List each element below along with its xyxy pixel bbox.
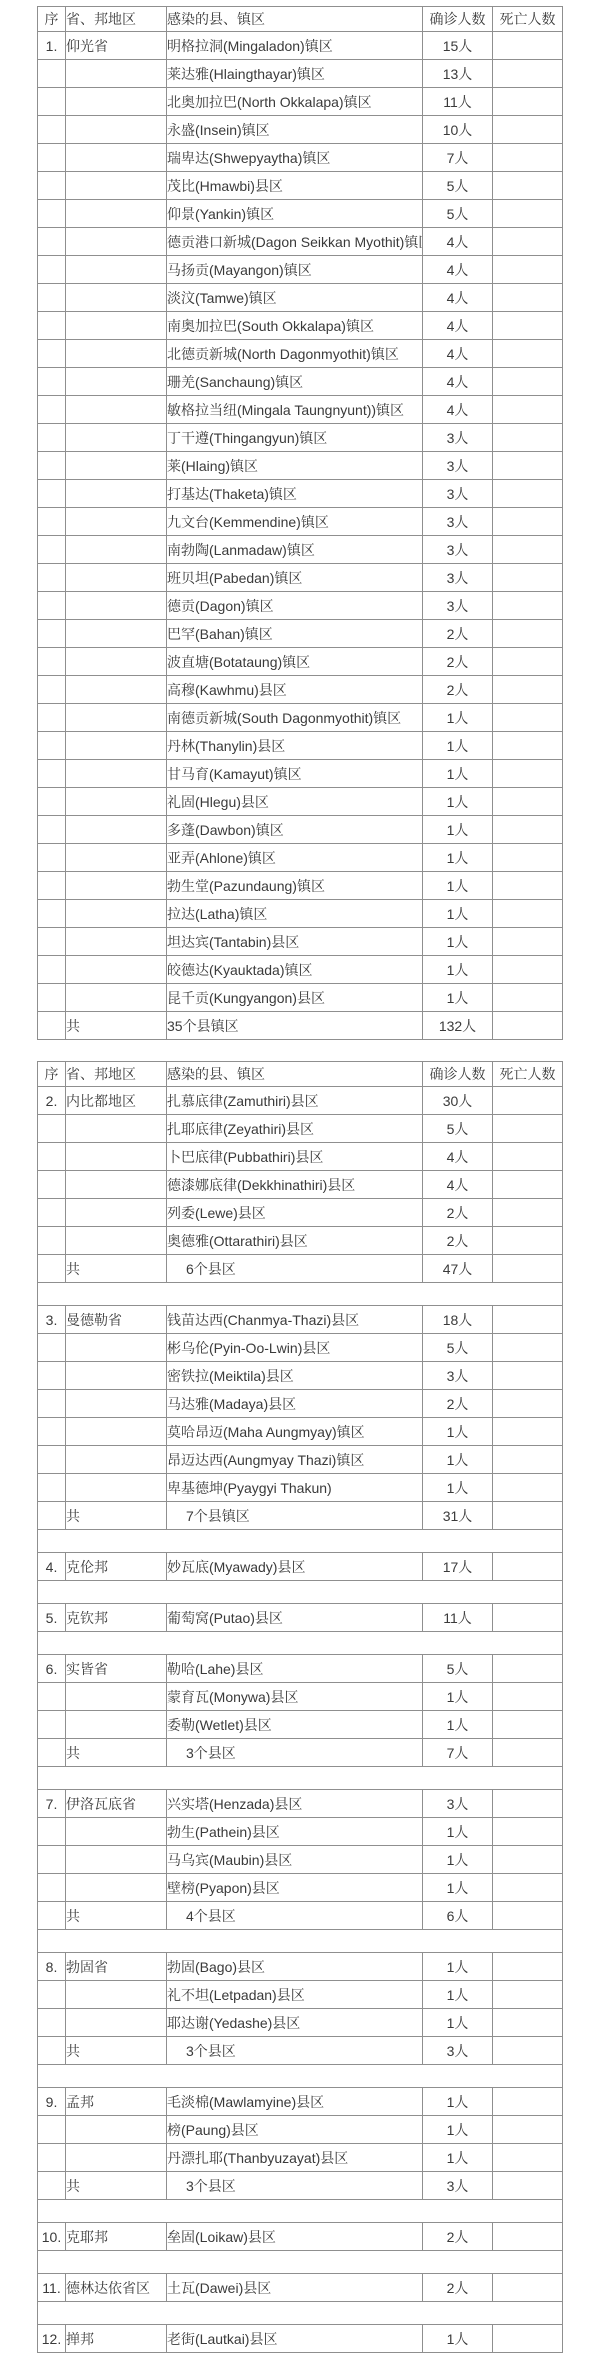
data-row: 昆千贡(Kungyangon)县区1人 — [38, 984, 563, 1012]
total-row: 共4个县区6人 — [38, 1902, 563, 1930]
deaths-cell — [493, 816, 563, 844]
confirmed-cell: 4人 — [423, 1171, 493, 1199]
township-cell: 榜(Paung)县区 — [167, 2116, 423, 2144]
seq-cell: 4. — [38, 1553, 66, 1581]
province-cell — [66, 1683, 167, 1711]
seq-cell: 9. — [38, 2088, 66, 2116]
confirmed-cell: 4人 — [423, 256, 493, 284]
seq-cell — [38, 1143, 66, 1171]
total-row: 共35个县镇区132人 — [38, 1012, 563, 1040]
data-row: 10.克耶邦垒固(Loikaw)县区2人 — [38, 2223, 563, 2251]
province-cell — [66, 424, 167, 452]
township-cell: 敏格拉当纽(Mingala Taungnyunt))镇区 — [167, 396, 423, 424]
township-cell: 高穆(Kawhmu)县区 — [167, 676, 423, 704]
confirmed-cell: 3人 — [423, 508, 493, 536]
province-cell — [66, 340, 167, 368]
province-cell: 克耶邦 — [66, 2223, 167, 2251]
deaths-cell — [493, 1087, 563, 1115]
seq-cell — [38, 928, 66, 956]
township-cell: 扎耶底律(Zeyathiri)县区 — [167, 1115, 423, 1143]
province-cell — [66, 144, 167, 172]
province-cell — [66, 368, 167, 396]
township-cell: 马扬贡(Mayangon)镇区 — [167, 256, 423, 284]
seq-cell — [38, 1012, 66, 1040]
province-cell: 内比都地区 — [66, 1087, 167, 1115]
seq-cell — [38, 312, 66, 340]
province-cell: 仰光省 — [66, 32, 167, 60]
confirmed-cell: 1人 — [423, 1874, 493, 1902]
seq-cell — [38, 340, 66, 368]
confirmed-cell: 2人 — [423, 1390, 493, 1418]
seq-cell — [38, 1199, 66, 1227]
seq-cell — [38, 984, 66, 1012]
total-row: 共7个县镇区31人 — [38, 1502, 563, 1530]
section-spacer-row — [38, 2065, 563, 2088]
township-cell: 莱达雅(Hlaingthayar)镇区 — [167, 60, 423, 88]
township-cell: 巴罕(Bahan)镇区 — [167, 620, 423, 648]
data-row: 班贝坦(Pabedan)镇区3人 — [38, 564, 563, 592]
data-row: 11.德林达依省区土瓦(Dawei)县区2人 — [38, 2274, 563, 2302]
province-cell — [66, 2009, 167, 2037]
deaths-cell — [493, 1981, 563, 2009]
section-spacer-row — [38, 1632, 563, 1655]
deaths-cell — [493, 1199, 563, 1227]
deaths-cell — [493, 648, 563, 676]
township-cell: 耶达谢(Yedashe)县区 — [167, 2009, 423, 2037]
data-row: 委勒(Wetlet)县区1人 — [38, 1711, 563, 1739]
province-cell — [66, 760, 167, 788]
data-row: 马扬贡(Mayangon)镇区4人 — [38, 256, 563, 284]
confirmed-cell: 1人 — [423, 1446, 493, 1474]
data-row: 打基达(Thaketa)镇区3人 — [38, 480, 563, 508]
deaths-cell — [493, 200, 563, 228]
col-header-deaths: 死亡人数 — [493, 7, 563, 32]
province-cell: 克钦邦 — [66, 1604, 167, 1632]
province-cell — [66, 872, 167, 900]
province-cell — [66, 200, 167, 228]
col-header-township: 感染的县、镇区 — [167, 1062, 423, 1087]
township-cell: 丁干遵(Thingangyun)镇区 — [167, 424, 423, 452]
province-cell — [66, 928, 167, 956]
seq-cell — [38, 900, 66, 928]
data-row: 高穆(Kawhmu)县区2人 — [38, 676, 563, 704]
data-row: 12.掸邦老街(Lautkai)县区1人 — [38, 2325, 563, 2353]
confirmed-cell: 3人 — [423, 564, 493, 592]
deaths-cell — [493, 284, 563, 312]
township-cell: 马达雅(Madaya)县区 — [167, 1390, 423, 1418]
seq-cell: 3. — [38, 1306, 66, 1334]
seq-cell — [38, 508, 66, 536]
data-row: 皎德达(Kyauktada)镇区1人 — [38, 956, 563, 984]
confirmed-cell: 4人 — [423, 368, 493, 396]
total-scope-cell: 6个县区 — [167, 1255, 423, 1283]
data-row: 彬乌伦(Pyin-Oo-Lwin)县区5人 — [38, 1334, 563, 1362]
report-page: 序省、邦地区感染的县、镇区确诊人数死亡人数1.仰光省明格拉洞(Mingalado… — [0, 0, 600, 2353]
deaths-cell — [493, 872, 563, 900]
province-cell — [66, 396, 167, 424]
township-cell: 礼不坦(Letpadan)县区 — [167, 1981, 423, 2009]
total-scope-cell: 4个县区 — [167, 1902, 423, 1930]
confirmed-cell: 1人 — [423, 872, 493, 900]
section-spacer-cell — [38, 1632, 563, 1655]
province-cell: 曼德勒省 — [66, 1306, 167, 1334]
seq-cell: 5. — [38, 1604, 66, 1632]
province-cell — [66, 984, 167, 1012]
province-cell: 勃固省 — [66, 1953, 167, 1981]
deaths-cell — [493, 1874, 563, 1902]
confirmed-cell: 1人 — [423, 900, 493, 928]
township-cell: 卜巴底律(Pubbathiri)县区 — [167, 1143, 423, 1171]
deaths-cell — [493, 1334, 563, 1362]
province-cell — [66, 1474, 167, 1502]
total-confirmed-cell: 3人 — [423, 2172, 493, 2200]
section-spacer-cell — [38, 2200, 563, 2223]
confirmed-cell: 4人 — [423, 1143, 493, 1171]
seq-cell — [38, 676, 66, 704]
province-cell — [66, 816, 167, 844]
section-spacer-cell — [38, 2251, 563, 2274]
data-row: 9.孟邦毛淡棉(Mawlamyine)县区1人 — [38, 2088, 563, 2116]
province-cell — [66, 312, 167, 340]
seq-cell — [38, 1739, 66, 1767]
confirmed-cell: 30人 — [423, 1087, 493, 1115]
seq-cell — [38, 1846, 66, 1874]
section-spacer-row — [38, 1930, 563, 1953]
deaths-cell — [493, 312, 563, 340]
col-header-seq: 序 — [38, 1062, 66, 1087]
deaths-cell — [493, 144, 563, 172]
deaths-cell — [493, 1711, 563, 1739]
confirmed-cell: 3人 — [423, 536, 493, 564]
township-cell: 毛淡棉(Mawlamyine)县区 — [167, 2088, 423, 2116]
data-row: 茂比(Hmawbi)县区5人 — [38, 172, 563, 200]
confirmed-cell: 5人 — [423, 1115, 493, 1143]
col-header-seq: 序 — [38, 7, 66, 32]
data-row: 南德贡新城(South Dagonmyothit)镇区1人 — [38, 704, 563, 732]
confirmed-cell: 1人 — [423, 1846, 493, 1874]
total-confirmed-cell: 3人 — [423, 2037, 493, 2065]
seq-cell: 8. — [38, 1953, 66, 1981]
province-cell — [66, 284, 167, 312]
township-cell: 亚弄(Ahlone)镇区 — [167, 844, 423, 872]
section-spacer-cell — [38, 1930, 563, 1953]
seq-cell — [38, 2172, 66, 2200]
total-scope-cell: 3个县区 — [167, 2172, 423, 2200]
confirmed-cell: 5人 — [423, 200, 493, 228]
seq-cell — [38, 1981, 66, 2009]
confirmed-cell: 1人 — [423, 732, 493, 760]
data-row: 德贡(Dagon)镇区3人 — [38, 592, 563, 620]
total-confirmed-cell: 6人 — [423, 1902, 493, 1930]
seq-cell — [38, 1390, 66, 1418]
seq-cell — [38, 1474, 66, 1502]
township-cell: 德漆娜底律(Dekkhinathiri)县区 — [167, 1171, 423, 1199]
seq-cell — [38, 480, 66, 508]
township-cell: 坦达宾(Tantabin)县区 — [167, 928, 423, 956]
province-cell — [66, 1143, 167, 1171]
township-cell: 德贡港口新城(Dagon Seikkan Myothit)镇区 — [167, 228, 423, 256]
total-confirmed-cell: 47人 — [423, 1255, 493, 1283]
deaths-cell — [493, 2274, 563, 2302]
deaths-cell — [493, 1227, 563, 1255]
data-row: 丹漂扎耶(Thanbyuzayat)县区1人 — [38, 2144, 563, 2172]
data-row: 8.勃固省勃固(Bago)县区1人 — [38, 1953, 563, 1981]
data-row: 奥德雅(Ottarathiri)县区2人 — [38, 1227, 563, 1255]
seq-cell — [38, 1683, 66, 1711]
township-cell: 壁榜(Pyapon)县区 — [167, 1874, 423, 1902]
seq-cell — [38, 1362, 66, 1390]
deaths-cell — [493, 60, 563, 88]
deaths-cell — [493, 508, 563, 536]
seq-cell — [38, 424, 66, 452]
township-cell: 明格拉洞(Mingaladon)镇区 — [167, 32, 423, 60]
province-cell — [66, 648, 167, 676]
seq-cell — [38, 844, 66, 872]
deaths-cell — [493, 676, 563, 704]
confirmed-cell: 2人 — [423, 676, 493, 704]
province-cell — [66, 1818, 167, 1846]
data-row: 蒙育瓦(Monywa)县区1人 — [38, 1683, 563, 1711]
province-cell — [66, 172, 167, 200]
deaths-cell — [493, 480, 563, 508]
province-cell — [66, 956, 167, 984]
township-cell: 彬乌伦(Pyin-Oo-Lwin)县区 — [167, 1334, 423, 1362]
section-spacer-row — [38, 2251, 563, 2274]
total-label-cell: 共 — [66, 1739, 167, 1767]
deaths-cell — [493, 1683, 563, 1711]
township-cell: 瑞卑达(Shwepyaytha)镇区 — [167, 144, 423, 172]
township-cell: 南奥加拉巴(South Okkalapa)镇区 — [167, 312, 423, 340]
confirmed-cell: 1人 — [423, 1981, 493, 2009]
data-row: 九文台(Kemmendine)镇区3人 — [38, 508, 563, 536]
total-label-cell: 共 — [66, 1502, 167, 1530]
township-cell: 北奥加拉巴(North Okkalapa)镇区 — [167, 88, 423, 116]
section-spacer-row — [38, 1530, 563, 1553]
confirmed-cell: 3人 — [423, 592, 493, 620]
deaths-cell — [493, 1553, 563, 1581]
seq-cell: 2. — [38, 1087, 66, 1115]
confirmed-cell: 11人 — [423, 88, 493, 116]
province-cell — [66, 564, 167, 592]
seq-cell — [38, 1334, 66, 1362]
confirmed-cell: 3人 — [423, 452, 493, 480]
data-row: 丁干遵(Thingangyun)镇区3人 — [38, 424, 563, 452]
province-cell — [66, 592, 167, 620]
total-scope-cell: 7个县镇区 — [167, 1502, 423, 1530]
confirmed-cell: 3人 — [423, 1790, 493, 1818]
province-cell: 德林达依省区 — [66, 2274, 167, 2302]
deaths-cell — [493, 340, 563, 368]
township-cell: 勃生堂(Pazundaung)镇区 — [167, 872, 423, 900]
province-cell — [66, 1874, 167, 1902]
province-cell — [66, 1711, 167, 1739]
confirmed-cell: 1人 — [423, 844, 493, 872]
province-cell — [66, 1418, 167, 1446]
confirmed-cell: 1人 — [423, 1953, 493, 1981]
seq-cell — [38, 648, 66, 676]
township-cell: 礼固(Hlegu)县区 — [167, 788, 423, 816]
township-cell: 永盛(Insein)镇区 — [167, 116, 423, 144]
deaths-cell — [493, 1655, 563, 1683]
section-spacer-cell — [38, 1581, 563, 1604]
township-cell: 奥德雅(Ottarathiri)县区 — [167, 1227, 423, 1255]
section-spacer-row — [38, 1581, 563, 1604]
province-cell: 孟邦 — [66, 2088, 167, 2116]
township-cell: 密铁拉(Meiktila)县区 — [167, 1362, 423, 1390]
province-cell — [66, 1846, 167, 1874]
deaths-cell — [493, 2009, 563, 2037]
seq-cell — [38, 1902, 66, 1930]
township-cell: 昂迈达西(Aungmyay Thazi)镇区 — [167, 1446, 423, 1474]
data-row: 3.曼德勒省钱苗达西(Chanmya-Thazi)县区18人 — [38, 1306, 563, 1334]
township-cell: 莱(Hlaing)镇区 — [167, 452, 423, 480]
col-header-township: 感染的县、镇区 — [167, 7, 423, 32]
township-cell: 垒固(Loikaw)县区 — [167, 2223, 423, 2251]
deaths-cell — [493, 1790, 563, 1818]
deaths-cell — [493, 2088, 563, 2116]
confirmed-cell: 1人 — [423, 2088, 493, 2116]
confirmed-cell: 1人 — [423, 760, 493, 788]
township-cell: 打基达(Thaketa)镇区 — [167, 480, 423, 508]
confirmed-cell: 1人 — [423, 2325, 493, 2353]
deaths-cell — [493, 1306, 563, 1334]
township-cell: 波直塘(Botataung)镇区 — [167, 648, 423, 676]
township-cell: 列委(Lewe)县区 — [167, 1199, 423, 1227]
seq-cell: 6. — [38, 1655, 66, 1683]
total-deaths-cell — [493, 1502, 563, 1530]
township-cell: 扎慕底律(Zamuthiri)县区 — [167, 1087, 423, 1115]
data-row: 6.实皆省勒哈(Lahe)县区5人 — [38, 1655, 563, 1683]
township-cell: 葡萄窝(Putao)县区 — [167, 1604, 423, 1632]
seq-cell — [38, 88, 66, 116]
deaths-cell — [493, 788, 563, 816]
total-label-cell: 共 — [66, 2172, 167, 2200]
col-header-province: 省、邦地区 — [66, 1062, 167, 1087]
deaths-cell — [493, 172, 563, 200]
township-cell: 勃生(Pathein)县区 — [167, 1818, 423, 1846]
confirmed-cell: 5人 — [423, 172, 493, 200]
deaths-cell — [493, 368, 563, 396]
province-cell — [66, 116, 167, 144]
data-row: 北德贡新城(North Dagonmyothit)镇区4人 — [38, 340, 563, 368]
data-row: 南奥加拉巴(South Okkalapa)镇区4人 — [38, 312, 563, 340]
deaths-cell — [493, 900, 563, 928]
seq-cell — [38, 592, 66, 620]
deaths-cell — [493, 2223, 563, 2251]
data-row: 德贡港口新城(Dagon Seikkan Myothit)镇区4人 — [38, 228, 563, 256]
data-row: 珊羌(Sanchaung)镇区4人 — [38, 368, 563, 396]
confirmed-cell: 1人 — [423, 2009, 493, 2037]
data-row: 淡汶(Tamwe)镇区4人 — [38, 284, 563, 312]
data-row: 勃生(Pathein)县区1人 — [38, 1818, 563, 1846]
cases-table-part1: 序省、邦地区感染的县、镇区确诊人数死亡人数1.仰光省明格拉洞(Mingalado… — [37, 6, 563, 1040]
seq-cell — [38, 284, 66, 312]
total-label-cell: 共 — [66, 2037, 167, 2065]
deaths-cell — [493, 928, 563, 956]
confirmed-cell: 2人 — [423, 1199, 493, 1227]
confirmed-cell: 2人 — [423, 648, 493, 676]
section-spacer-cell — [38, 2302, 563, 2325]
total-scope-cell: 3个县区 — [167, 1739, 423, 1767]
deaths-cell — [493, 1474, 563, 1502]
seq-cell — [38, 60, 66, 88]
seq-cell — [38, 872, 66, 900]
province-cell — [66, 732, 167, 760]
seq-cell — [38, 368, 66, 396]
data-row: 昂迈达西(Aungmyay Thazi)镇区1人 — [38, 1446, 563, 1474]
seq-cell — [38, 564, 66, 592]
township-cell: 拉达(Latha)镇区 — [167, 900, 423, 928]
deaths-cell — [493, 1390, 563, 1418]
township-cell: 甘马育(Kamayut)镇区 — [167, 760, 423, 788]
province-cell — [66, 1446, 167, 1474]
total-label-cell: 共 — [66, 1902, 167, 1930]
section-spacer-row — [38, 2302, 563, 2325]
province-cell — [66, 256, 167, 284]
deaths-cell — [493, 228, 563, 256]
col-header-confirmed: 确诊人数 — [423, 1062, 493, 1087]
data-row: 敏格拉当纽(Mingala Taungnyunt))镇区4人 — [38, 396, 563, 424]
seq-cell — [38, 816, 66, 844]
section-spacer-cell — [38, 1530, 563, 1553]
data-row: 巴罕(Bahan)镇区2人 — [38, 620, 563, 648]
seq-cell — [38, 732, 66, 760]
confirmed-cell: 1人 — [423, 788, 493, 816]
total-label-cell: 共 — [66, 1012, 167, 1040]
province-cell — [66, 1981, 167, 2009]
data-row: 马乌宾(Maubin)县区1人 — [38, 1846, 563, 1874]
township-cell: 老街(Lautkai)县区 — [167, 2325, 423, 2353]
header-row: 序省、邦地区感染的县、镇区确诊人数死亡人数 — [38, 1062, 563, 1087]
total-confirmed-cell: 7人 — [423, 1739, 493, 1767]
township-cell: 钱苗达西(Chanmya-Thazi)县区 — [167, 1306, 423, 1334]
township-cell: 勃固(Bago)县区 — [167, 1953, 423, 1981]
section-spacer-row — [38, 1283, 563, 1306]
data-row: 德漆娜底律(Dekkhinathiri)县区4人 — [38, 1171, 563, 1199]
data-row: 卑基德坤(Pyaygyi Thakun)1人 — [38, 1474, 563, 1502]
deaths-cell — [493, 1362, 563, 1390]
province-cell — [66, 536, 167, 564]
confirmed-cell: 1人 — [423, 704, 493, 732]
confirmed-cell: 4人 — [423, 312, 493, 340]
seq-cell — [38, 1711, 66, 1739]
total-deaths-cell — [493, 1739, 563, 1767]
data-row: 马达雅(Madaya)县区2人 — [38, 1390, 563, 1418]
province-cell — [66, 60, 167, 88]
data-row: 多蓬(Dawbon)镇区1人 — [38, 816, 563, 844]
confirmed-cell: 2人 — [423, 2274, 493, 2302]
deaths-cell — [493, 984, 563, 1012]
section-spacer-cell — [38, 1283, 563, 1306]
seq-cell — [38, 788, 66, 816]
confirmed-cell: 4人 — [423, 396, 493, 424]
deaths-cell — [493, 1115, 563, 1143]
data-row: 卜巴底律(Pubbathiri)县区4人 — [38, 1143, 563, 1171]
section-spacer-cell — [38, 1767, 563, 1790]
province-cell: 实皆省 — [66, 1655, 167, 1683]
province-cell — [66, 88, 167, 116]
seq-cell: 1. — [38, 32, 66, 60]
confirmed-cell: 1人 — [423, 816, 493, 844]
township-cell: 南德贡新城(South Dagonmyothit)镇区 — [167, 704, 423, 732]
confirmed-cell: 1人 — [423, 1818, 493, 1846]
province-cell — [66, 704, 167, 732]
seq-cell — [38, 1502, 66, 1530]
deaths-cell — [493, 2325, 563, 2353]
confirmed-cell: 18人 — [423, 1306, 493, 1334]
data-row: 南勃陶(Lanmadaw)镇区3人 — [38, 536, 563, 564]
township-cell: 卑基德坤(Pyaygyi Thakun) — [167, 1474, 423, 1502]
